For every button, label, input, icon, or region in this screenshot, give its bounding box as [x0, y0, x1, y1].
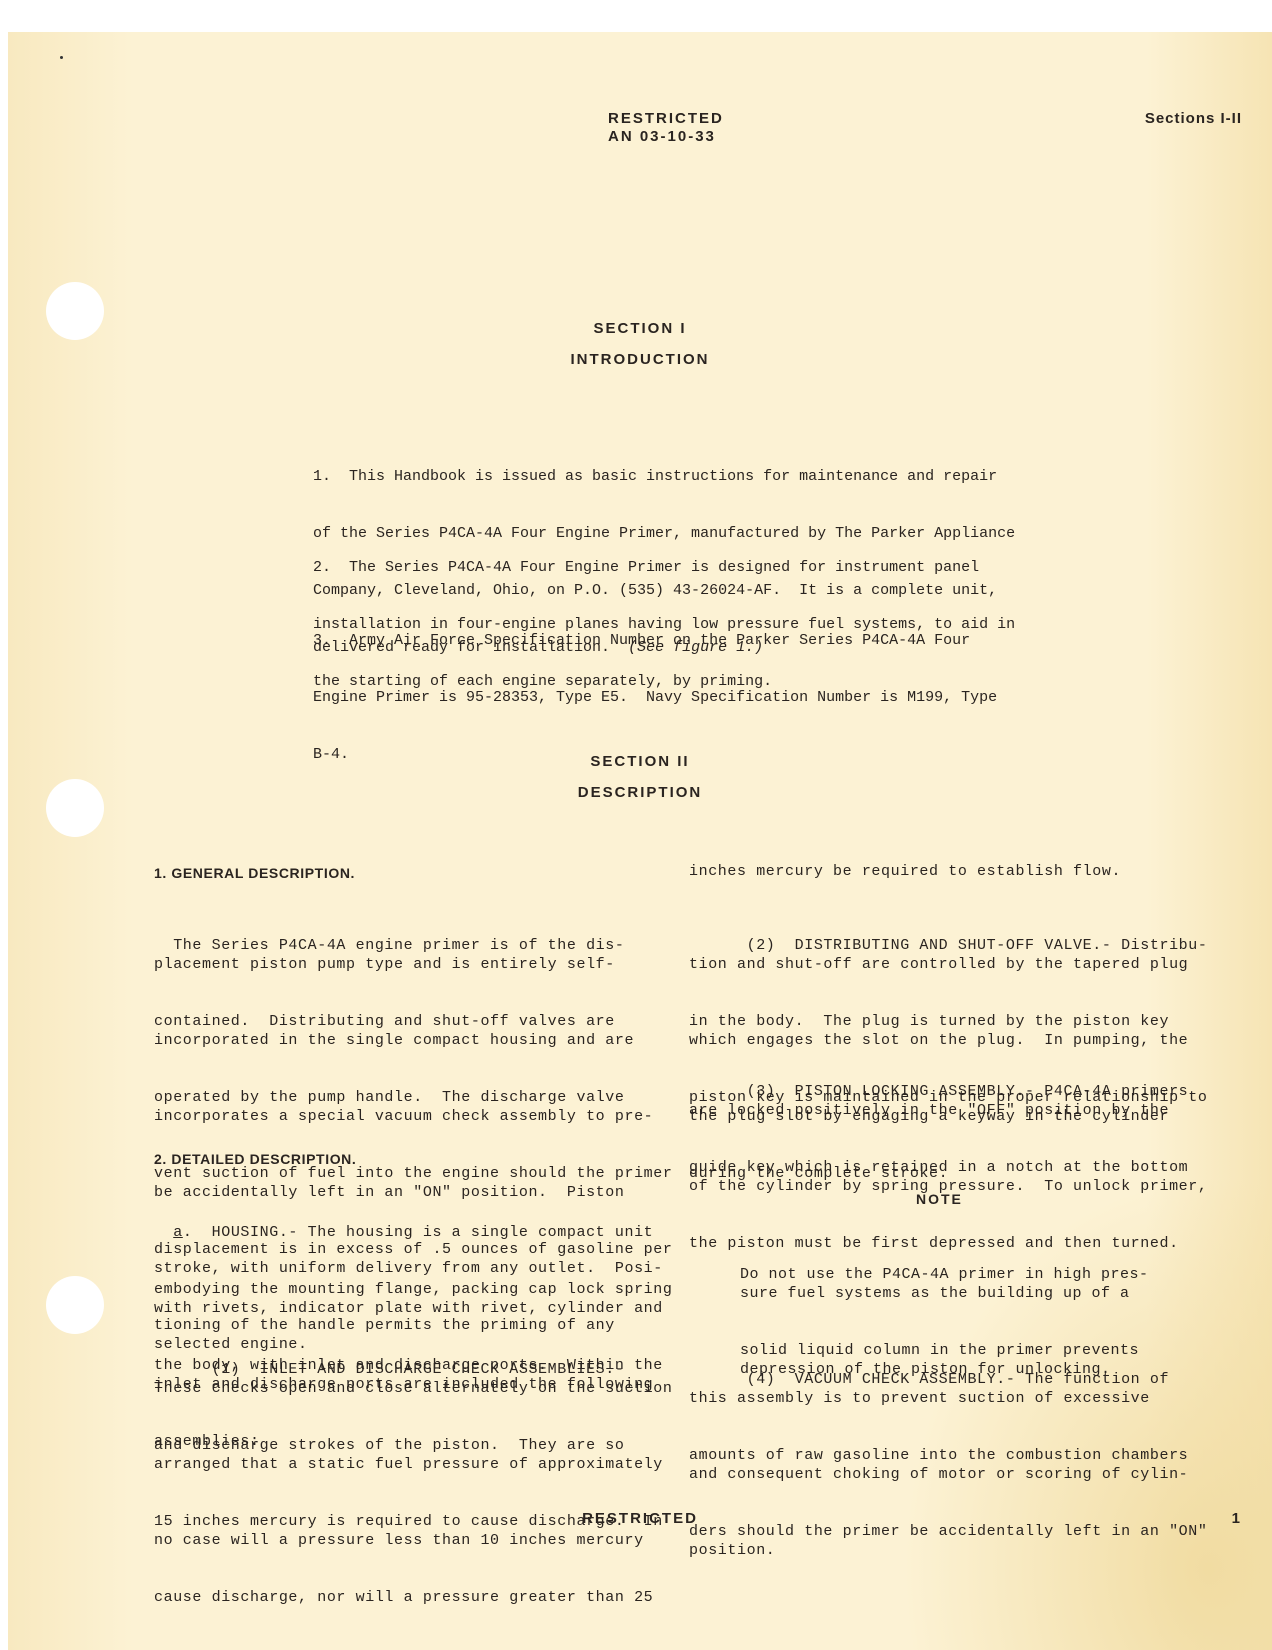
text-line: 1. This Handbook is issued as basic inst…	[313, 467, 1015, 486]
punch-hole	[46, 1276, 104, 1334]
text-line: 2. The Series P4CA-4A Four Engine Primer…	[313, 558, 1015, 577]
text-line: . HOUSING.- The housing is a single comp…	[183, 1224, 653, 1241]
inlet-check-continuation: inches mercury be required to establish …	[689, 862, 1121, 881]
text-line: sure fuel systems as the building up of …	[740, 1284, 1149, 1303]
text-line: Engine Primer is 95-28353, Type E5. Navy…	[313, 688, 997, 707]
text-line: The Series P4CA-4A engine primer is of t…	[154, 936, 672, 955]
general-description-heading: 1. GENERAL DESCRIPTION.	[154, 865, 355, 881]
text-line: (4) VACUUM CHECK ASSEMBLY.- The function…	[689, 1370, 1207, 1389]
text-line: this assembly is to prevent suction of e…	[689, 1389, 1207, 1408]
header-classification: RESTRICTED	[608, 110, 724, 128]
footer-classification: RESTRICTED	[8, 1510, 1272, 1527]
text-line: cause discharge, nor will a pressure gre…	[154, 1588, 672, 1607]
text-line: operated by the pump handle. The dischar…	[154, 1088, 672, 1107]
page-header: RESTRICTED AN 03-10-33	[608, 110, 724, 146]
inlet-discharge-check-paragraph: (1) INLET AND DISCHARGE CHECK ASSEMBLIES…	[154, 1322, 672, 1645]
housing-marker: a	[173, 1224, 183, 1241]
text-line: no case will a pressure less than 10 inc…	[154, 1531, 672, 1550]
text-line: guide key which is retained in a notch a…	[689, 1158, 1207, 1177]
text-line: embodying the mounting flange, packing c…	[154, 1280, 672, 1299]
text-line: are locked positively in the "OFF" posit…	[689, 1101, 1207, 1120]
text-line: 3. Army Air Force Specification Number o…	[313, 631, 997, 650]
header-sections-label: Sections I-II	[1145, 110, 1242, 127]
text-line: incorporates a special vacuum check asse…	[154, 1107, 672, 1126]
text-line: These checks open and close alternately …	[154, 1379, 672, 1398]
paper-speck	[60, 56, 63, 59]
text-line: incorporated in the single compact housi…	[154, 1031, 672, 1050]
text-line: contained. Distributing and shut-off val…	[154, 1012, 672, 1031]
text-line: arranged that a static fuel pressure of …	[154, 1455, 672, 1474]
text-line: position.	[689, 1541, 1207, 1560]
vacuum-check-paragraph: (4) VACUUM CHECK ASSEMBLY.- The function…	[689, 1332, 1207, 1598]
header-doc-number: AN 03-10-33	[608, 128, 724, 146]
document-page: RESTRICTED AN 03-10-33 Sections I-II SEC…	[8, 32, 1272, 1650]
text-line: with rivets, indicator plate with rivet,…	[154, 1299, 672, 1318]
page-number: 1	[1232, 1510, 1242, 1527]
text-line: and consequent choking of motor or scori…	[689, 1465, 1207, 1484]
text-line: (3) PISTON LOCKING ASSEMBLY.- P4CA-4A pr…	[689, 1082, 1207, 1101]
text-line: amounts of raw gasoline into the combust…	[689, 1446, 1207, 1465]
detailed-description-heading: 2. DETAILED DESCRIPTION.	[154, 1151, 356, 1167]
text-line: (1) INLET AND DISCHARGE CHECK ASSEMBLIES…	[154, 1360, 672, 1379]
text-line: in the body. The plug is turned by the p…	[689, 1012, 1207, 1031]
text-line: and discharge strokes of the piston. The…	[154, 1436, 672, 1455]
section-1-title: SECTION I	[8, 320, 1272, 337]
text-line: placement piston pump type and is entire…	[154, 955, 672, 974]
text-line: (2) DISTRIBUTING AND SHUT-OFF VALVE.- Di…	[689, 936, 1207, 955]
section-2-title: SECTION II	[8, 753, 1272, 770]
intro-paragraph-3: 3. Army Air Force Specification Number o…	[313, 593, 997, 802]
text-line: Do not use the P4CA-4A primer in high pr…	[740, 1265, 1149, 1284]
section-1-subtitle: INTRODUCTION	[8, 351, 1272, 368]
text-line: tion and shut-off are controlled by the …	[689, 955, 1207, 974]
note-title: NOTE	[916, 1191, 963, 1207]
section-2-subtitle: DESCRIPTION	[8, 784, 1272, 801]
